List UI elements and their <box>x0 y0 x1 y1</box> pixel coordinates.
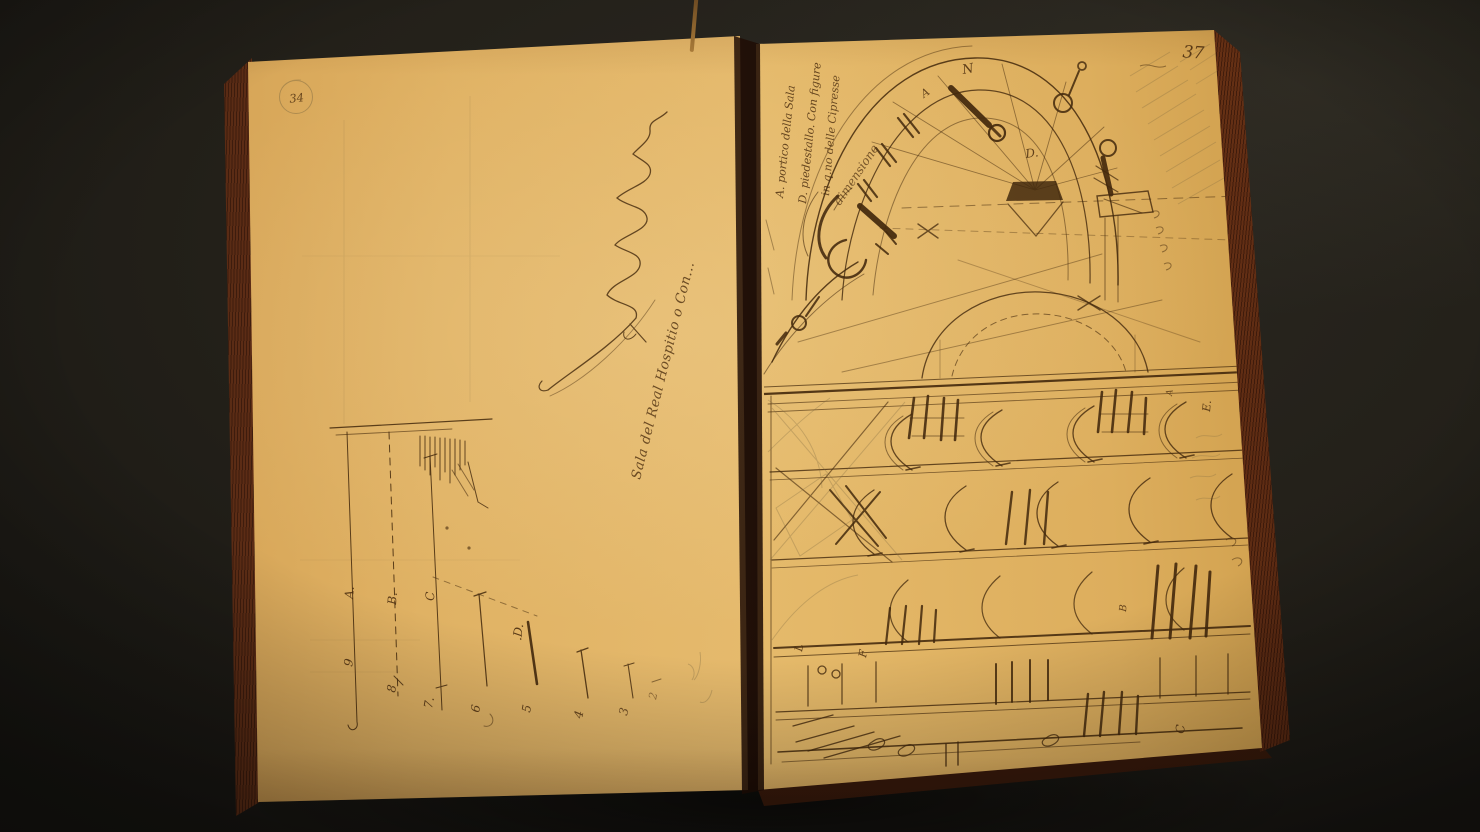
sketchbook-photo: 34 Sala del Real Hospitio o Con... <box>0 0 1480 832</box>
photo-vignette <box>0 0 1480 832</box>
